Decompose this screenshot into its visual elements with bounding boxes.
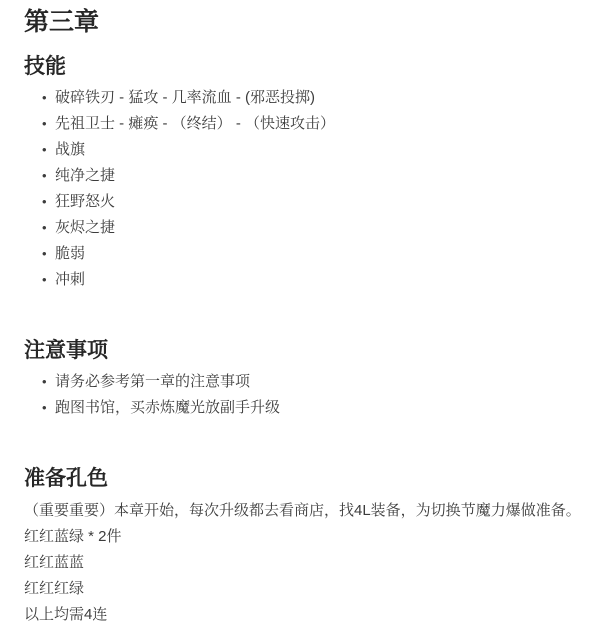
list-item: 先祖卫士 - 瘫痪 - （终结） - （快速攻击） [55, 111, 591, 137]
paragraph-link-requirement: 以上均需4连 [24, 604, 591, 625]
skills-list: 破碎铁刃 - 猛攻 - 几率流血 - (邪恶投掷) 先祖卫士 - 瘫痪 - （终… [24, 85, 591, 293]
document: 第三章 技能 破碎铁刃 - 猛攻 - 几率流血 - (邪恶投掷) 先祖卫士 - … [0, 7, 615, 625]
paragraph-important-note: （重要重要）本章开始，每次升级都去看商店，找4L装备，为切换节魔力爆做准备。 [24, 500, 591, 521]
section-heading-socket-colors: 准备孔色 [24, 466, 591, 492]
paragraph-socket-combo-2: 红红蓝蓝 [24, 552, 591, 573]
socket-colors-paragraphs: （重要重要）本章开始，每次升级都去看商店，找4L装备，为切换节魔力爆做准备。 红… [24, 500, 591, 625]
list-item: 纯净之捷 [55, 163, 591, 189]
list-item: 脆弱 [55, 241, 591, 267]
list-item: 灰烬之捷 [55, 215, 591, 241]
page-title: 第三章 [24, 7, 591, 38]
section-heading-skills: 技能 [24, 54, 591, 80]
list-item: 破碎铁刃 - 猛攻 - 几率流血 - (邪恶投掷) [55, 85, 591, 111]
notes-list: 请务必参考第一章的注意事项 跑图书馆，买赤炼魔光放副手升级 [24, 369, 591, 421]
list-item: 请务必参考第一章的注意事项 [55, 369, 591, 395]
paragraph-socket-combo-1: 红红蓝绿 * 2件 [24, 526, 591, 547]
list-item: 战旗 [55, 137, 591, 163]
list-item: 跑图书馆，买赤炼魔光放副手升级 [55, 395, 591, 421]
list-item: 狂野怒火 [55, 189, 591, 215]
section-heading-notes: 注意事项 [24, 338, 591, 364]
list-item: 冲刺 [55, 267, 591, 293]
paragraph-socket-combo-3: 红红红绿 [24, 578, 591, 599]
